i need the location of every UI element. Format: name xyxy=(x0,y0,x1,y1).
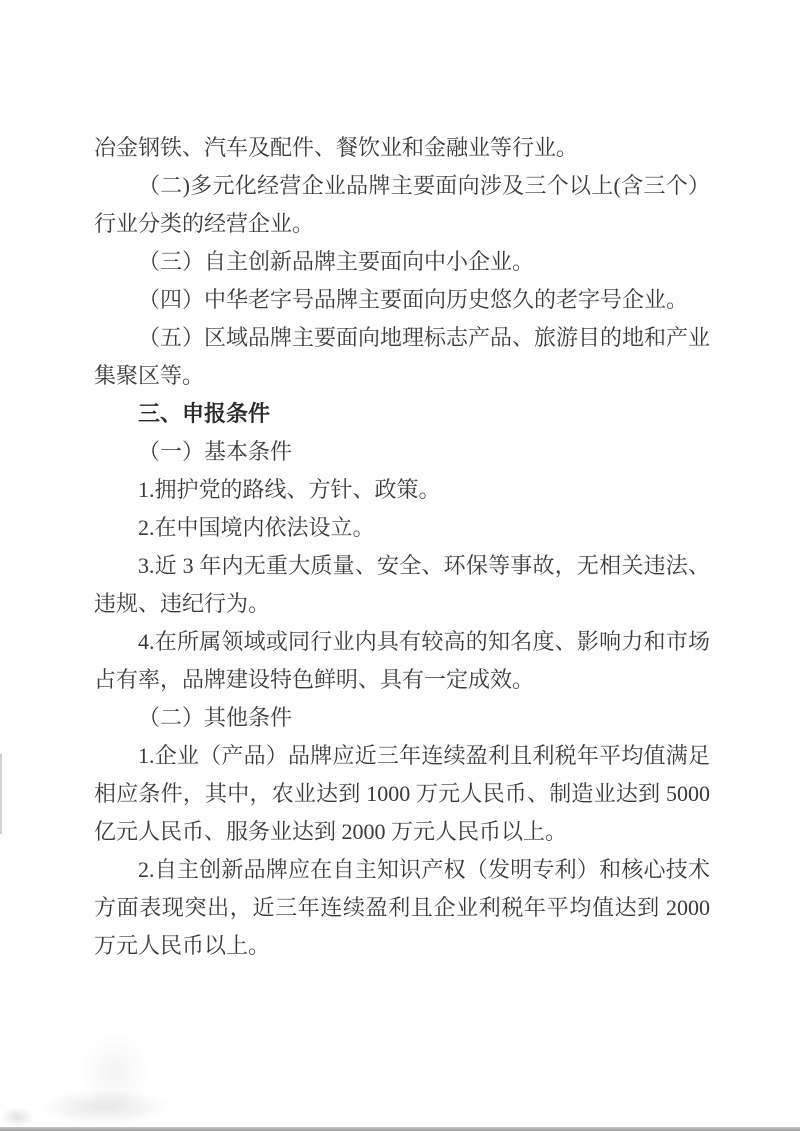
paragraph: （五）区域品牌主要面向地理标志产品、旅游目的地和产业集聚区等。 xyxy=(94,319,710,395)
paragraph: （一）基本条件 xyxy=(94,433,710,471)
scan-artifact-left-edge xyxy=(0,754,2,834)
paragraph: 4.在所属领域或同行业内具有较高的知名度、影响力和市场占有率，品牌建设特色鲜明、… xyxy=(94,623,710,699)
scan-smudge xyxy=(80,1031,150,1111)
paragraph: 1.企业（产品）品牌应近三年连续盈利且利税年平均值满足相应条件，其中，农业达到 … xyxy=(94,737,710,851)
document-text: 冶金钢铁、汽车及配件、餐饮业和金融业等行业。（二)多元化经营企业品牌主要面向涉及… xyxy=(94,129,710,965)
paragraph: 2.在中国境内依法设立。 xyxy=(94,509,710,547)
paragraph: 3.近 3 年内无重大质量、安全、环保等事故，无相关违法、违规、违纪行为。 xyxy=(94,547,710,623)
scan-bottom-edge xyxy=(0,1127,800,1131)
paragraph: （三）自主创新品牌主要面向中小企业。 xyxy=(94,243,710,281)
section-heading: 三、申报条件 xyxy=(94,395,710,433)
paragraph: （四）中华老字号品牌主要面向历史悠久的老字号企业。 xyxy=(94,281,710,319)
paragraph: （二)多元化经营企业品牌主要面向涉及三个以上(含三个）行业分类的经营企业。 xyxy=(94,167,710,243)
document-page: 冶金钢铁、汽车及配件、餐饮业和金融业等行业。（二)多元化经营企业品牌主要面向涉及… xyxy=(0,0,800,1131)
paragraph: 2.自主创新品牌应在自主知识产权（发明专利）和核心技术方面表现突出，近三年连续盈… xyxy=(94,851,710,965)
paragraph: （二）其他条件 xyxy=(94,699,710,737)
paragraph: 1.拥护党的路线、方针、政策。 xyxy=(94,471,710,509)
paragraph: 冶金钢铁、汽车及配件、餐饮业和金融业等行业。 xyxy=(94,129,710,167)
scan-smudge xyxy=(0,1107,34,1127)
